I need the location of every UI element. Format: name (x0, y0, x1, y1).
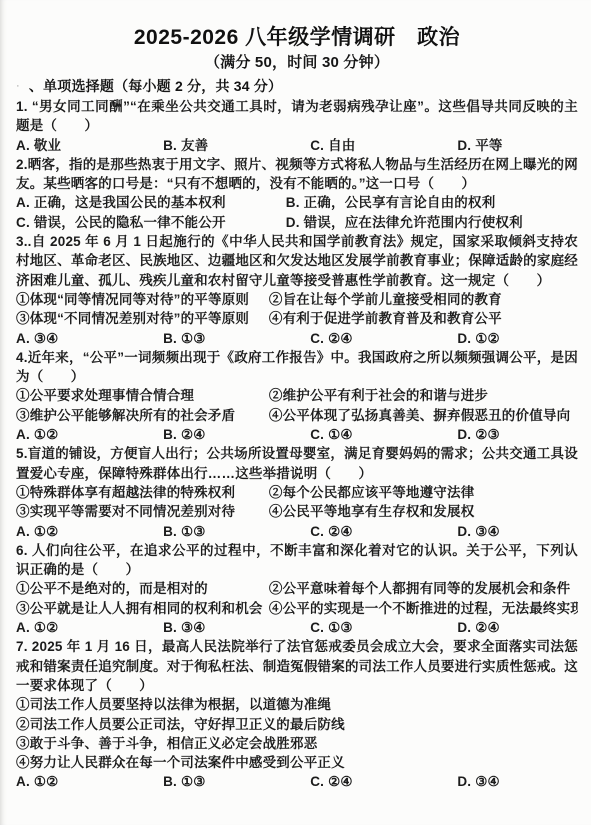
section-prefix-mark: · (16, 80, 20, 92)
page-title: 2025-2026 八年级学情调研 政治 (16, 24, 578, 52)
question: 5.盲道的铺设，方便盲人出行；公共场所设置母婴室，满足育婴妈妈的需求；公共交通工… (16, 444, 578, 540)
question-item: ①公平不是绝对的，而是相对的 (16, 579, 269, 598)
question-options: A. 正确，这是我国公民的基本权利B. 正确，公民享有言论自由的权利C. 错误，… (16, 193, 578, 232)
question-item: ③维护公平能够解决所有的社会矛盾 (16, 406, 269, 425)
question-options: A. ①②B. ①③C. ②④D. ③④ (16, 772, 578, 791)
question-option: B. ①③ (163, 522, 310, 541)
question-item: ④努力让人民群众在每一个司法案件中感受到公平正义 (16, 753, 578, 772)
question-stem: 6. 人们向往公平，在追求公平的过程中，不断丰富和深化着对它的认识。关于公平，下… (16, 541, 578, 580)
question-option: D. ③④ (457, 772, 578, 791)
question-option: C. 错误，公民的隐私一律不能公开 (16, 213, 286, 232)
question-items: ①特殊群体享有超越法律的特殊权利②每个公民都应该平等地遵守法律③实现平等需要对不… (16, 483, 578, 522)
question-item: ③体现“不同情况差别对待”的平等原则 (16, 309, 269, 328)
question: 2.晒客，指的是那些热衷于用文字、照片、视频等方式将私人物品与生活经历在网上曝光… (16, 155, 578, 232)
question-stem: 2.晒客，指的是那些热衷于用文字、照片、视频等方式将私人物品与生活经历在网上曝光… (16, 155, 578, 194)
question-option: A. 敬业 (16, 136, 163, 155)
question-option: B. 正确，公民享有言论自由的权利 (286, 193, 578, 212)
question-stem: 1. “男女同工同酬”“在乘坐公共交通工具时，请为老弱病残孕让座”。这些倡导共同… (16, 97, 578, 136)
question-items: ①公平不是绝对的，而是相对的②公平意味着每个人都拥有同等的发展机会和条件③公平就… (16, 579, 578, 618)
question: 7. 2025 年 1 月 16 日，最高人民法院举行了法官惩戒委员会成立大会，… (16, 637, 578, 791)
question-options: A. ①②B. ①③C. ②④D. ③④ (16, 522, 578, 541)
question-options: A. ①②B. ②④C. ①④D. ②③ (16, 425, 578, 444)
question-option: A. ①② (16, 772, 163, 791)
question: 1. “男女同工同酬”“在乘坐公共交通工具时，请为老弱病残孕让座”。这些倡导共同… (16, 97, 578, 155)
question-stem: 5.盲道的铺设，方便盲人出行；公共场所设置母婴室，满足育婴妈妈的需求；公共交通工… (16, 444, 578, 483)
question-option: B. ①③ (163, 772, 310, 791)
question: 6. 人们向往公平，在追求公平的过程中，不断丰富和深化着对它的认识。关于公平，下… (16, 541, 578, 637)
question-item: ①体现“同等情况同等对待”的平等原则 (16, 290, 269, 309)
question-options: A. ③④B. ①③C. ②④D. ①② (16, 329, 578, 348)
question-options: A. 敬业B. 友善C. 自由D. 平等 (16, 136, 578, 155)
question-item: ①公平要求处理事情合情合理 (16, 386, 269, 405)
question-option: D. 错误，应在法律允许范围内行使权利 (286, 213, 578, 232)
question-options: A. ①②B. ③④C. ①③D. ②④ (16, 618, 578, 637)
question-item: ②维护公平有利于社会的和谐与进步 (269, 386, 578, 405)
question-option: A. ①② (16, 522, 163, 541)
question-item: ③公平就是让人人拥有相同的权利和机会 (16, 599, 269, 618)
question-option: B. ②④ (163, 425, 310, 444)
exam-page: 2025-2026 八年级学情调研 政治 （满分 50，时间 30 分钟） ·、… (0, 0, 591, 825)
question-option: D. ②④ (457, 618, 578, 637)
question-option: C. ②④ (310, 772, 457, 791)
question-option: C. ①④ (310, 425, 457, 444)
question: 3..自 2025 年 6 月 1 日起施行的《中华人民共和国学前教育法》规定，… (16, 232, 578, 348)
question-option: B. ③④ (163, 618, 310, 637)
question-item: ①特殊群体享有超越法律的特殊权利 (16, 483, 269, 502)
question-items: ①司法工作人员要坚持以法律为根据，以道德为准绳②司法工作人员要公正司法，守好捍卫… (16, 695, 578, 772)
question-option: B. ①③ (163, 329, 310, 348)
question-stem: 3..自 2025 年 6 月 1 日起施行的《中华人民共和国学前教育法》规定，… (16, 232, 578, 290)
question-option: D. 平等 (457, 136, 578, 155)
question-item: ④有利于促进学前教育普及和教育公平 (269, 309, 578, 328)
question-option: C. ②④ (310, 329, 457, 348)
question-list: 1. “男女同工同酬”“在乘坐公共交通工具时，请为老弱病残孕让座”。这些倡导共同… (16, 97, 578, 792)
section-header: ·、单项选择题（每小题 2 分，共 34 分） (16, 76, 578, 97)
question-option: D. ①② (457, 329, 578, 348)
question-option: B. 友善 (163, 136, 310, 155)
page-subtitle: （满分 50，时间 30 分钟） (16, 52, 578, 74)
question-option: C. ②④ (310, 522, 457, 541)
section-title: 、单项选择题（每小题 2 分，共 34 分） (29, 78, 282, 94)
question-item: ②每个公民都应该平等地遵守法律 (269, 483, 578, 502)
question-option: A. ①② (16, 425, 163, 444)
question-item: ①司法工作人员要坚持以法律为根据，以道德为准绳 (16, 695, 578, 714)
question-item: ②旨在让每个学前儿童接受相同的教育 (269, 290, 578, 309)
question-option: A. ①② (16, 618, 163, 637)
question-item: ②司法工作人员要公正司法，守好捍卫正义的最后防线 (16, 715, 578, 734)
question: 4.近年来，“公平”一词频频出现于《政府工作报告》中。我国政府之所以频频强调公平… (16, 348, 578, 444)
question-item: ②公平意味着每个人都拥有同等的发展机会和条件 (269, 579, 578, 598)
question-item: ③敢于斗争、善于斗争，相信正义必定会战胜邪恶 (16, 734, 578, 753)
question-option: D. ③④ (457, 522, 578, 541)
question-option: A. ③④ (16, 329, 163, 348)
question-items: ①公平要求处理事情合情合理②维护公平有利于社会的和谐与进步③维护公平能够解决所有… (16, 386, 578, 425)
question-option: C. ①③ (310, 618, 457, 637)
question-item: ③实现平等需要对不同情况差别对待 (16, 502, 269, 521)
question-option: D. ②③ (457, 425, 578, 444)
question-item: ④公民平等地享有生存权和发展权 (269, 502, 578, 521)
question-stem: 4.近年来，“公平”一词频频出现于《政府工作报告》中。我国政府之所以频频强调公平… (16, 348, 578, 387)
question-item: ④公平体现了弘扬真善美、摒弃假恶丑的价值导向 (269, 406, 578, 425)
question-option: C. 自由 (310, 136, 457, 155)
question-items: ①体现“同等情况同等对待”的平等原则②旨在让每个学前儿童接受相同的教育③体现“不… (16, 290, 578, 329)
question-stem: 7. 2025 年 1 月 16 日，最高人民法院举行了法官惩戒委员会成立大会，… (16, 637, 578, 695)
question-option: A. 正确，这是我国公民的基本权利 (16, 193, 286, 212)
question-item: ④公平的实现是一个不断推进的过程，无法最终实现 (269, 599, 578, 618)
